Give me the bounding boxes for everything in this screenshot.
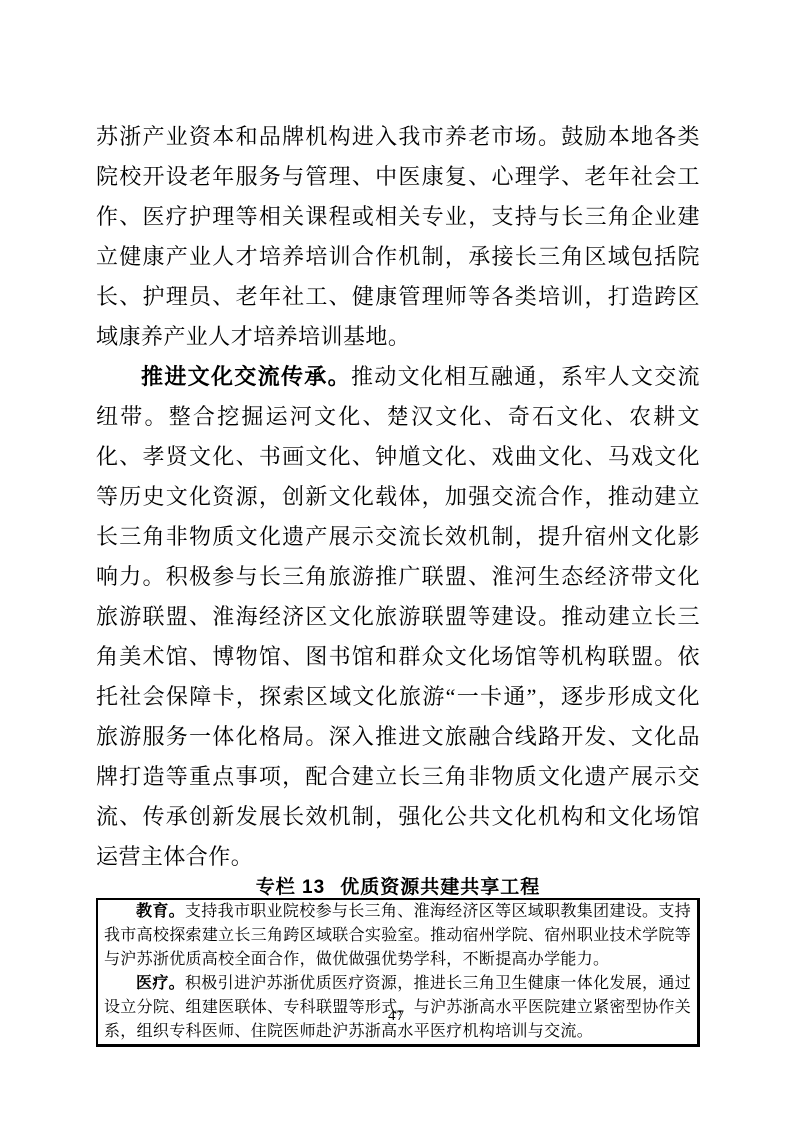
document-page: 苏浙产业资本和品牌机构进入我市养老市场。鼓励本地各类院校开设老年服务与管理、中医… bbox=[0, 0, 793, 1122]
paragraph-culture-exchange: 推进文化交流传承。推动文化相互融通，系牢人文交流纽带。整合挖掘运河文化、楚汉文化… bbox=[96, 357, 700, 877]
panel-title-text: 优质资源共建共享工程 bbox=[340, 877, 540, 898]
panel-label: 专栏 13 bbox=[256, 877, 325, 898]
page-number: 47 bbox=[0, 1008, 793, 1025]
paragraph-continuation: 苏浙产业资本和品牌机构进入我市养老市场。鼓励本地各类院校开设老年服务与管理、中医… bbox=[96, 117, 700, 357]
panel-item-education: 教育。支持我市职业院校参与长三角、淮海经济区等区域职教集团建设。支持我市高校探索… bbox=[104, 900, 691, 972]
panel-item-lead: 医疗。 bbox=[136, 975, 185, 992]
paragraph-text: 推动文化相互融通，系牢人文交流纽带。整合挖掘运河文化、楚汉文化、奇石文化、农耕文… bbox=[96, 364, 700, 869]
paragraph-text: 苏浙产业资本和品牌机构进入我市养老市场。鼓励本地各类院校开设老年服务与管理、中医… bbox=[96, 124, 700, 349]
document-body: 苏浙产业资本和品牌机构进入我市养老市场。鼓励本地各类院校开设老年服务与管理、中医… bbox=[96, 117, 700, 1047]
paragraph-bold-lead: 推进文化交流传承。 bbox=[141, 364, 351, 389]
panel-item-lead: 教育。 bbox=[136, 903, 185, 920]
panel-title: 专栏 13优质资源共建共享工程 bbox=[96, 877, 700, 898]
panel-item-text: 支持我市职业院校参与长三角、淮海经济区等区域职教集团建设。支持我市高校探索建立长… bbox=[104, 903, 691, 968]
